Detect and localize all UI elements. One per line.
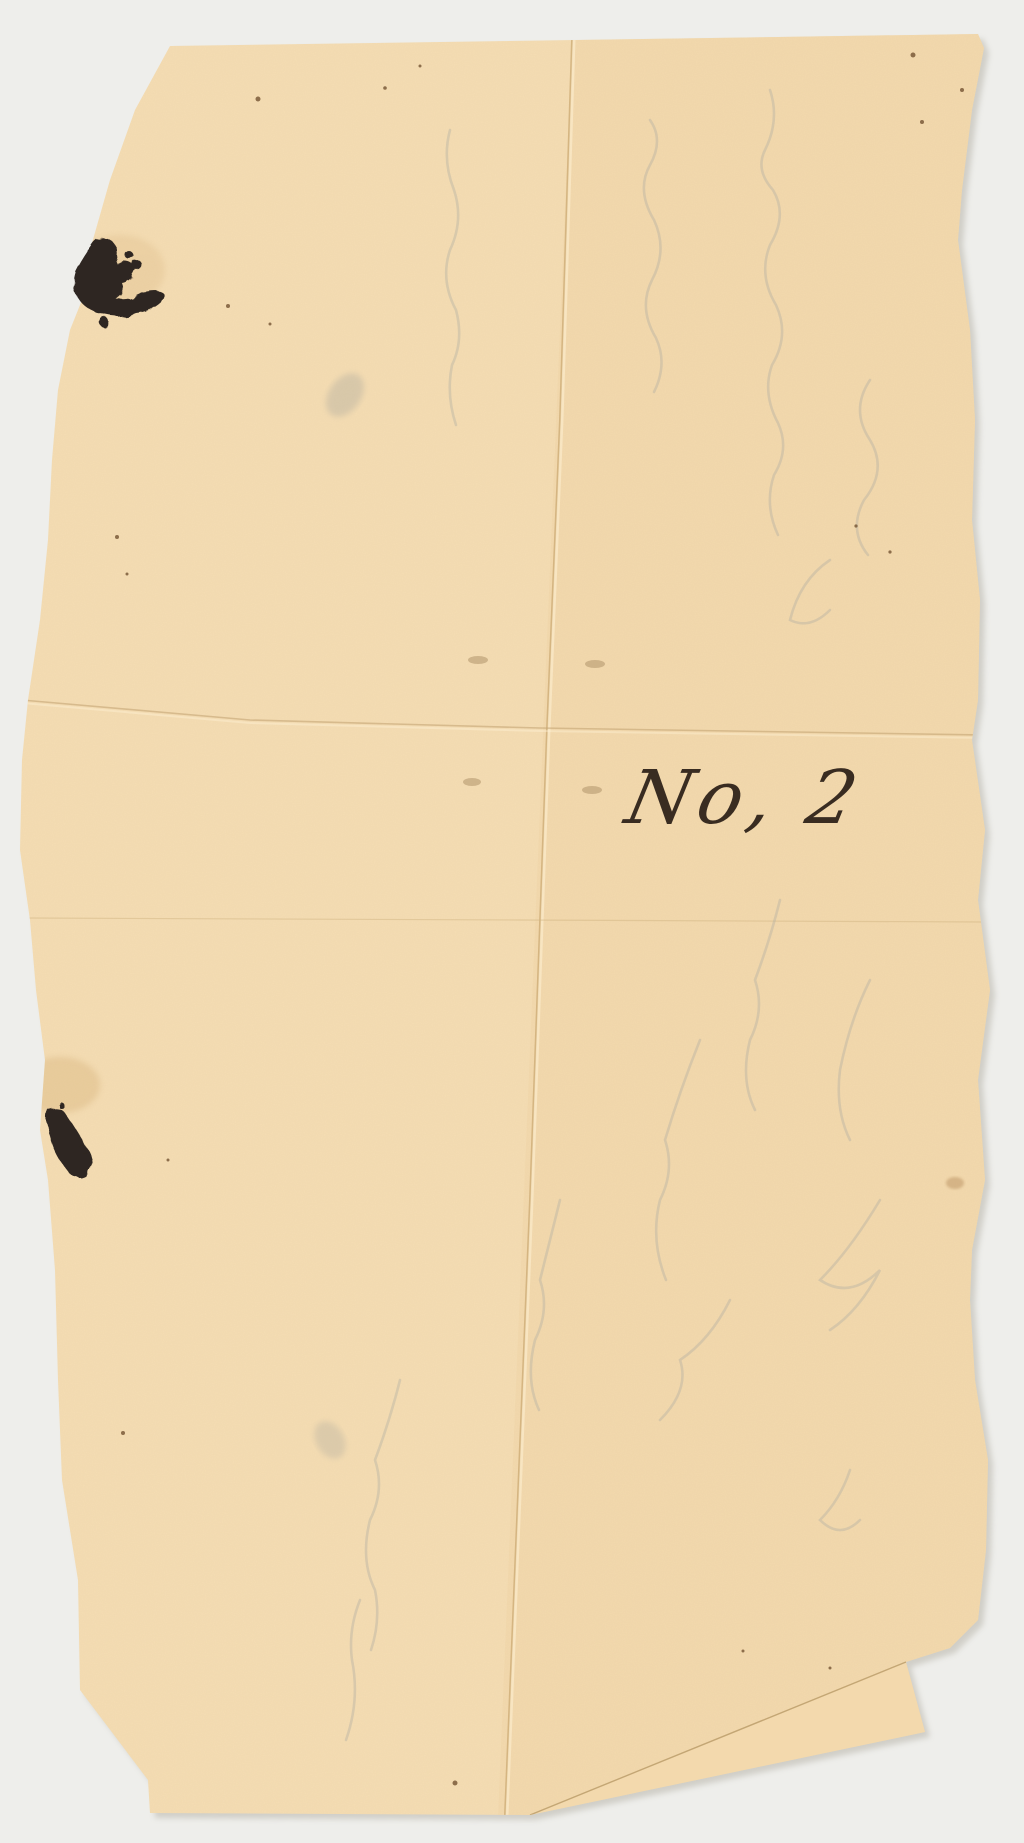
inscription-number: No, 2	[617, 748, 898, 848]
document-scan	[0, 0, 1024, 1843]
paper-sheet	[0, 0, 1024, 1843]
